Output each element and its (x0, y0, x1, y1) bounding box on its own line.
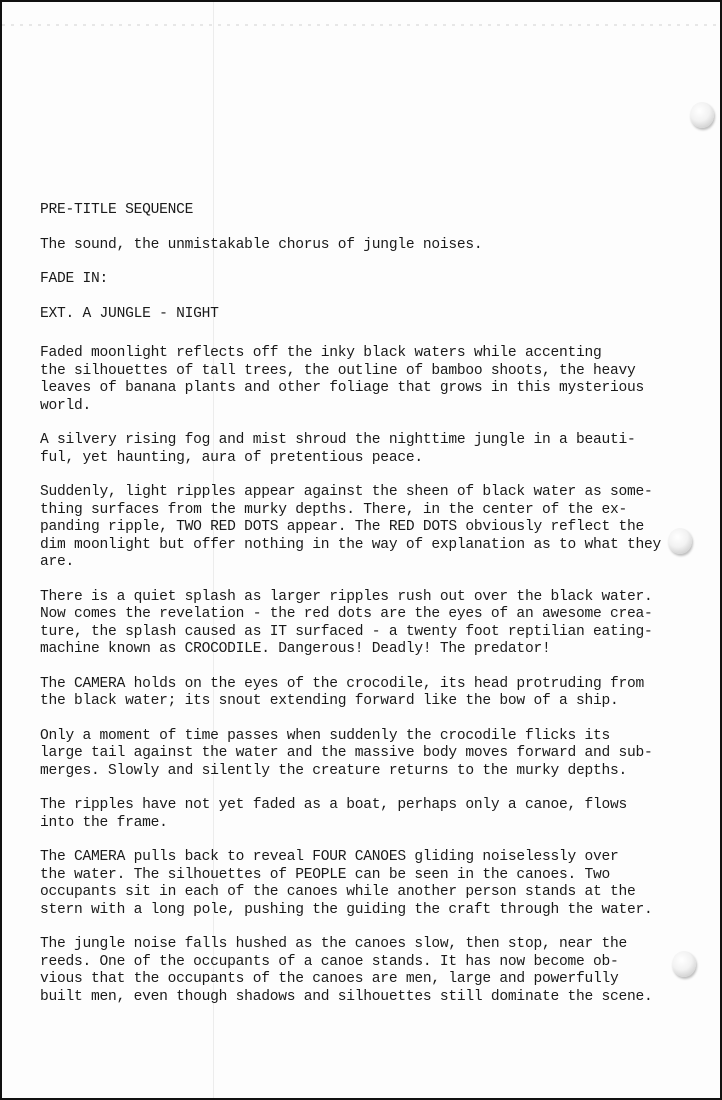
action-paragraph: The ripples have not yet faded as a boat… (40, 797, 680, 832)
scene-heading: EXT. A JUNGLE - NIGHT (40, 306, 680, 324)
action-paragraph: The CAMERA pulls back to reveal FOUR CAN… (40, 849, 680, 919)
action-paragraph: There is a quiet splash as larger ripple… (40, 589, 680, 659)
section-title: PRE-TITLE SEQUENCE (40, 202, 680, 220)
scan-artifact-line (2, 24, 720, 26)
binder-hole-icon (690, 102, 714, 128)
action-paragraph: A silvery rising fog and mist shroud the… (40, 432, 680, 467)
action-paragraph: The jungle noise falls hushed as the can… (40, 936, 680, 1006)
action-paragraph: Faded moonlight reflects off the inky bl… (40, 345, 680, 415)
screenplay-body: PRE-TITLE SEQUENCE The sound, the unmist… (40, 202, 680, 1023)
scanned-page: PRE-TITLE SEQUENCE The sound, the unmist… (0, 0, 722, 1100)
action-paragraph: The CAMERA holds on the eyes of the croc… (40, 676, 680, 711)
action-paragraph: Only a moment of time passes when sudden… (40, 728, 680, 781)
opening-line: The sound, the unmistakable chorus of ju… (40, 237, 680, 255)
action-paragraph: Suddenly, light ripples appear against t… (40, 484, 680, 572)
transition: FADE IN: (40, 271, 680, 289)
